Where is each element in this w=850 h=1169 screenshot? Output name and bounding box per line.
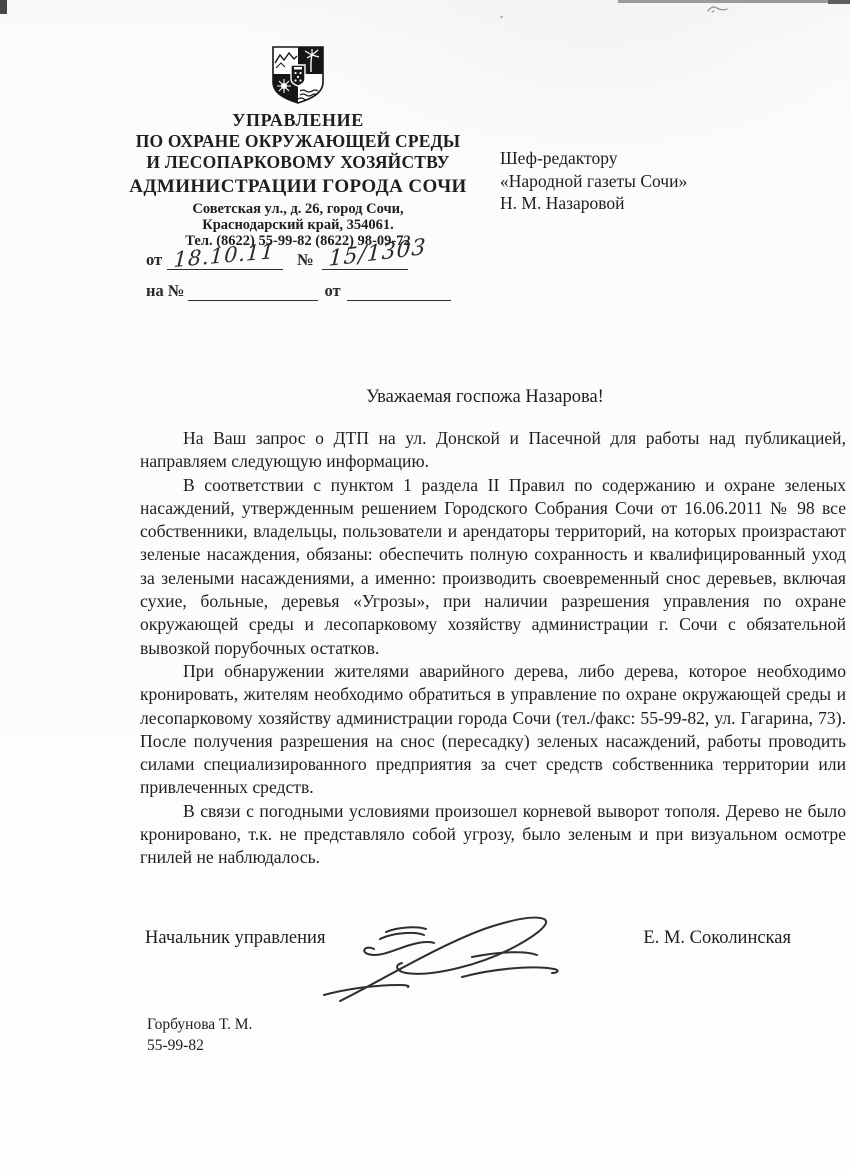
- executor-name: Горбунова Т. М.: [147, 1014, 252, 1035]
- sochi-coat-of-arms-icon: [272, 46, 324, 104]
- executor-block: Горбунова Т. М. 55-99-82: [147, 1014, 252, 1056]
- number-underline: 15/1303: [322, 247, 408, 270]
- reply-number-label: на №: [146, 281, 184, 301]
- scanned-letter-page: УПРАВЛЕНИЕ ПО ОХРАНЕ ОКРУЖАЮЩЕЙ СРЕДЫ И …: [0, 0, 850, 1169]
- paragraph: На Ваш запрос о ДТП на ул. Донской и Пас…: [140, 427, 846, 474]
- paragraph: В соответствии с пунктом 1 раздела II Пр…: [140, 474, 846, 660]
- org-name-line: ПО ОХРАНЕ ОКРУЖАЮЩЕЙ СРЕДЫ: [118, 131, 478, 152]
- number-label: №: [297, 250, 314, 270]
- outgoing-reference-row: от 18.10.11 № 15/1303: [146, 246, 451, 270]
- scan-artifact-scribble-icon: [706, 3, 732, 13]
- reply-date-underline: [347, 278, 451, 301]
- org-address-line: Советская ул., д. 26, город Сочи,: [118, 201, 478, 217]
- org-name-line: УПРАВЛЕНИЕ: [118, 109, 478, 131]
- letterhead: УПРАВЛЕНИЕ ПО ОХРАНЕ ОКРУЖАЮЩЕЙ СРЕДЫ И …: [118, 46, 478, 249]
- salutation: Уважаемая госпожа Назарова!: [140, 387, 830, 408]
- reply-reference-row: на № от: [146, 277, 451, 301]
- scan-artifact-top-bar-dark: [828, 0, 850, 4]
- org-name-line: АДМИНИСТРАЦИИ ГОРОДА СОЧИ: [118, 175, 478, 198]
- addressee-organization: «Народной газеты Сочи»: [500, 170, 687, 193]
- executor-phone: 55-99-82: [147, 1035, 252, 1056]
- addressee-name: Н. М. Назаровой: [500, 192, 687, 215]
- handwritten-signature-icon: [322, 903, 587, 1008]
- reference-block: от 18.10.11 № 15/1303 на № от: [146, 246, 451, 301]
- scan-artifact-dust-dot: [500, 16, 503, 18]
- scan-artifact-corner-mark: [0, 0, 7, 14]
- addressee-block: Шеф-редактору «Народной газеты Сочи» Н. …: [500, 147, 687, 215]
- paragraph: При обнаружении жителями аварийного дере…: [140, 660, 846, 800]
- reply-from-label: от: [324, 281, 340, 301]
- reply-number-underline: [188, 278, 318, 301]
- org-name-line: И ЛЕСОПАРКОВОМУ ХОЗЯЙСТВУ: [118, 152, 478, 173]
- addressee-title: Шеф-редактору: [500, 147, 687, 170]
- signer-name: Е. М. Соколинская: [643, 928, 791, 949]
- from-label: от: [146, 250, 162, 270]
- date-underline: 18.10.11: [167, 247, 283, 270]
- scan-artifact-top-bar: [618, 0, 850, 3]
- letter-body: На Ваш запрос о ДТП на ул. Донской и Пас…: [140, 427, 846, 870]
- paragraph: В связи с погодными условиями произошел …: [140, 800, 846, 870]
- signer-position: Начальник управления: [145, 928, 325, 949]
- org-address-line: Краснодарский край, 354061.: [118, 217, 478, 233]
